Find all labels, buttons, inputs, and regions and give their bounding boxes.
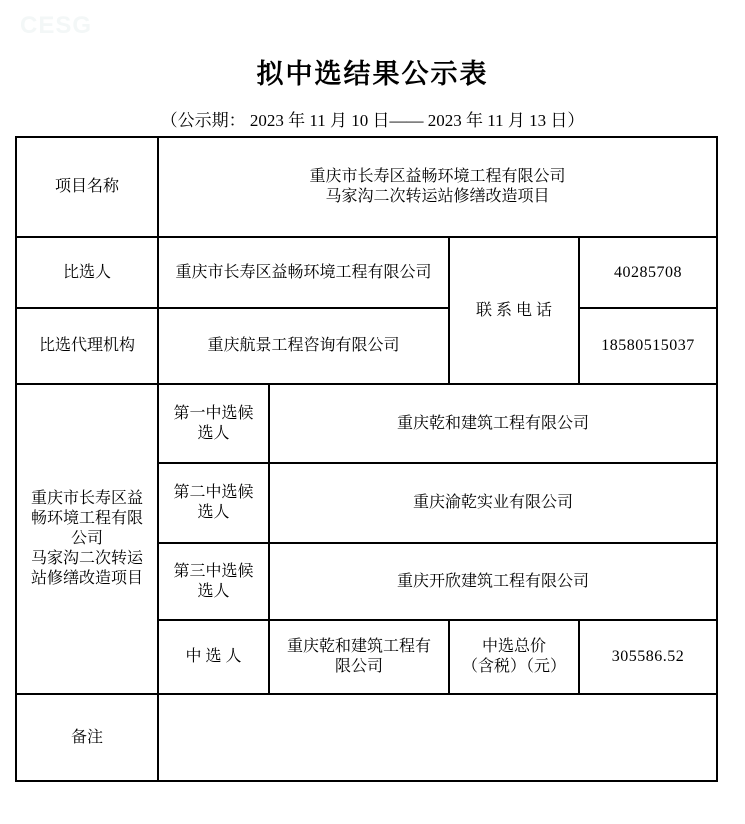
result-table: 项目名称 重庆市长寿区益畅环境工程有限公司 马家沟二次转运站修缮改造项目 比选人… <box>15 136 718 782</box>
bidder-value: 重庆市长寿区益畅环境工程有限公司 <box>158 237 449 308</box>
agency-value: 重庆航景工程咨询有限公司 <box>158 308 449 384</box>
project-name-value: 重庆市长寿区益畅环境工程有限公司 马家沟二次转运站修缮改造项目 <box>158 137 717 237</box>
candidate-3-name: 重庆开欣建筑工程有限公司 <box>269 543 717 620</box>
candidate-2-label: 第二中选候 选人 <box>158 463 269 543</box>
winner-name: 重庆乾和建筑工程有 限公司 <box>269 620 449 694</box>
candidate-1-name: 重庆乾和建筑工程有限公司 <box>269 384 717 463</box>
bidder-label: 比选人 <box>16 237 158 308</box>
page-title: 拟中选结果公示表 <box>0 52 745 91</box>
total-price-label: 中选总价 （含税）（元） <box>449 620 579 694</box>
agency-label: 比选代理机构 <box>16 308 158 384</box>
candidate-3-label: 第三中选候 选人 <box>158 543 269 620</box>
candidate-1-label: 第一中选候 选人 <box>158 384 269 463</box>
remarks-label: 备注 <box>16 694 158 781</box>
project-name-label: 项目名称 <box>16 137 158 237</box>
publicity-document: { "watermark": "CESG", "title": "拟中选结果公示… <box>0 0 745 824</box>
table-row: 比选代理机构 重庆航景工程咨询有限公司 18580515037 <box>16 308 717 384</box>
table-row: 重庆市长寿区益 畅环境工程有限 公司 马家沟二次转运 站修缮改造项目 第一中选候… <box>16 384 717 463</box>
candidate-2-name: 重庆渝乾实业有限公司 <box>269 463 717 543</box>
bidder-phone-value: 40285708 <box>579 237 717 308</box>
contact-phone-label: 联 系 电 话 <box>449 237 579 384</box>
winner-label: 中 选 人 <box>158 620 269 694</box>
publicity-period: （公示期： 2023 年 11 月 10 日—— 2023 年 11 月 13 … <box>0 106 745 131</box>
table-row: 比选人 重庆市长寿区益畅环境工程有限公司 联 系 电 话 40285708 <box>16 237 717 308</box>
project-group-header: 重庆市长寿区益 畅环境工程有限 公司 马家沟二次转运 站修缮改造项目 <box>16 384 158 694</box>
total-price-value: 305586.52 <box>579 620 717 694</box>
cesg-watermark: CESG <box>20 12 92 40</box>
remarks-value <box>158 694 717 781</box>
table-row: 项目名称 重庆市长寿区益畅环境工程有限公司 马家沟二次转运站修缮改造项目 <box>16 137 717 237</box>
table-row: 备注 <box>16 694 717 781</box>
agency-phone-value: 18580515037 <box>579 308 717 384</box>
